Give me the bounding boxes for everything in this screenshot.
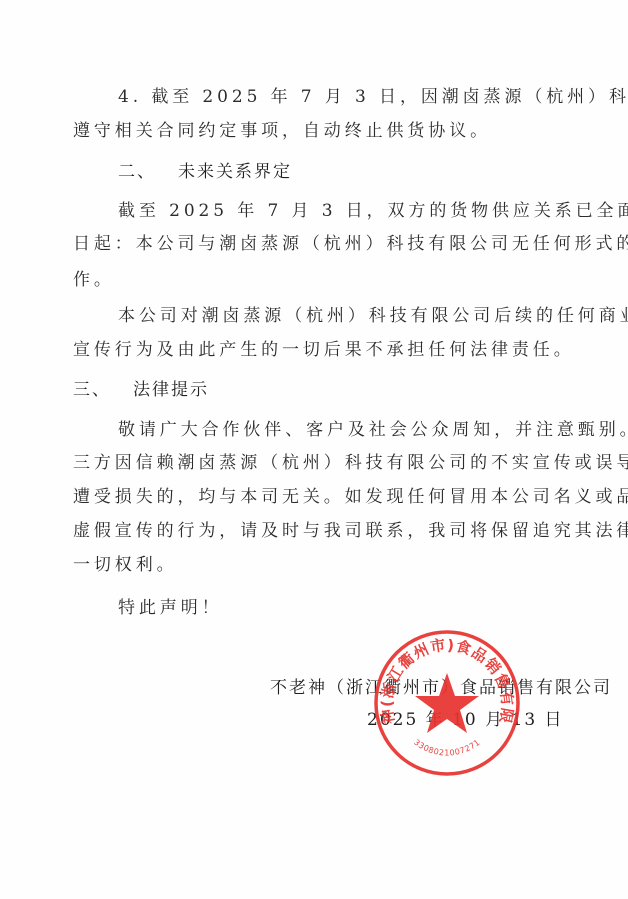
paragraph-line: 本公司对潮卤蒸源（杭州）科技有限公司后续的任何商业活动、 <box>118 305 628 327</box>
paragraph-line: 作。 <box>73 269 115 291</box>
svg-text:3308021007271: 3308021007271 <box>412 738 482 758</box>
section-heading-3: 三、法律提示 <box>73 379 209 401</box>
section-title: 未来关系界定 <box>178 162 292 182</box>
paragraph-line: 日起：本公司与潮卤蒸源（杭州）科技有限公司无任何形式的商业合 <box>73 233 628 255</box>
paragraph-line: 三方因信赖潮卤蒸源（杭州）科技有限公司的不实宣传或误导信息而 <box>73 452 628 474</box>
section-number: 二、 <box>118 162 156 182</box>
paragraph-line: 遵守相关合同约定事项，自动终止供货协议。 <box>73 120 491 142</box>
section-heading-2: 二、未来关系界定 <box>118 161 292 183</box>
company-seal-icon: 不老神(浙江衢州市)食品销售有限公司 3308021007271 <box>372 628 522 778</box>
section-title: 法律提示 <box>133 380 209 400</box>
signature-date: 2025 年 10 月 13 日 <box>367 709 564 731</box>
paragraph-line: 虚假宣传的行为，请及时与我司联系，我司将保留追究其法律责任的 <box>73 520 628 542</box>
signature-company: 不老神（浙江衢州市）食品销售有限公司 <box>270 677 612 699</box>
paragraph-line: 遭受损失的，均与本司无关。如发现任何冒用本公司名义或品牌进行 <box>73 486 628 508</box>
paragraph-line: 敬请广大合作伙伴、客户及社会公众周知，并注意甄别。任何第 <box>118 419 628 441</box>
paragraph-line: 截至 2025 年 7 月 3 日，双方的货物供应关系已全面终止。自该 <box>118 200 628 222</box>
closing-statement: 特此声明！ <box>118 597 223 619</box>
paragraph-line: 宣传行为及由此产生的一切后果不承担任何法律责任。 <box>73 339 575 361</box>
paragraph-line: 一切权利。 <box>73 554 178 576</box>
paragraph-line: 4. 截至 2025 年 7 月 3 日，因潮卤蒸源（杭州）科技有限公司未 <box>118 86 628 108</box>
section-number: 三、 <box>73 380 111 400</box>
document-page: 4. 截至 2025 年 7 月 3 日，因潮卤蒸源（杭州）科技有限公司未 遵守… <box>0 0 628 899</box>
